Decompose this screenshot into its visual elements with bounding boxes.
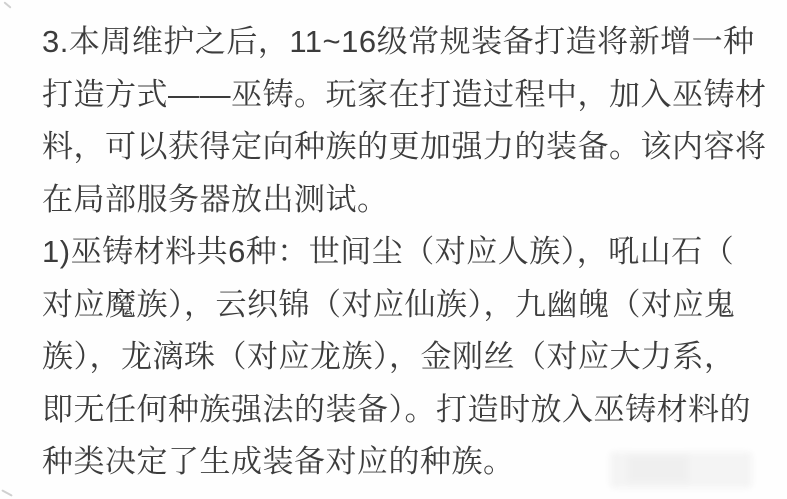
text-line: 1)巫铸材料共6种：世间尘（对应人族），吼山石（ bbox=[42, 226, 758, 279]
document-page: 3.本周维护之后，11~16级常规装备打造将新增一种 打造方式——巫铸。玩家在打… bbox=[0, 0, 787, 499]
text-line: 即无任何种族强法的装备）。打造时放入巫铸材料的 bbox=[42, 384, 758, 437]
text-line: 打造方式——巫铸。玩家在打造过程中，加入巫铸材 bbox=[42, 69, 758, 122]
watermark-smudge-inner bbox=[628, 456, 688, 482]
corner-artifact-bottom-left bbox=[1, 489, 13, 496]
text-line: 在局部服务器放出测试。 bbox=[42, 174, 758, 227]
corner-artifact-top-left bbox=[3, 1, 11, 8]
watermark-smudge bbox=[610, 452, 752, 488]
text-line: 对应魔族），云织锦（对应仙族），九幽魄（对应鬼 bbox=[42, 279, 758, 332]
text-line: 族），龙漓珠（对应龙族），金刚丝（对应大力系， bbox=[42, 331, 758, 384]
announcement-text-block: 3.本周维护之后，11~16级常规装备打造将新增一种 打造方式——巫铸。玩家在打… bbox=[42, 16, 758, 489]
text-line: 3.本周维护之后，11~16级常规装备打造将新增一种 bbox=[42, 16, 758, 69]
text-line: 料，可以获得定向种族的更加强力的装备。该内容将 bbox=[42, 121, 758, 174]
